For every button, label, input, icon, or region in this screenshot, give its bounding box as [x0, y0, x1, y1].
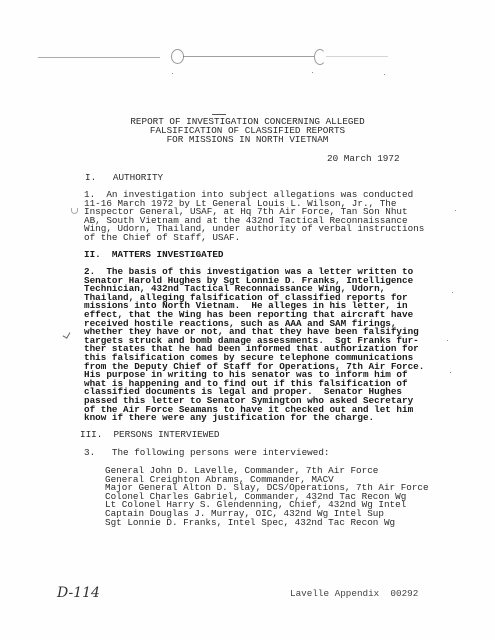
- paragraph-line: know if there were any justification for…: [84, 414, 424, 423]
- handwritten-page-mark: D-114: [57, 585, 100, 601]
- header-rule-left: [38, 57, 160, 58]
- bates-stamp: Lavelle Appendix 00292: [290, 590, 418, 599]
- section-heading-persons-interviewed: III. PERSONS INTERVIEWED: [80, 431, 219, 440]
- scan-speck: [452, 292, 453, 293]
- scan-speck: [172, 73, 173, 74]
- section-heading-matters-investigated: II. MATTERS INVESTIGATED: [84, 251, 223, 260]
- scan-speck: [447, 340, 448, 341]
- header-rule-right: [326, 56, 388, 57]
- report-title-line-3: FOR MISSIONS IN NORTH VIETNAM: [0, 136, 495, 145]
- scan-speck: [450, 372, 451, 373]
- margin-mark: [71, 208, 78, 214]
- scan-speck: [312, 72, 313, 73]
- document-page: REPORT OF INVESTIGATION CONCERNING ALLEG…: [0, 0, 495, 640]
- report-date: 20 March 1972: [327, 155, 400, 164]
- person-item: Sgt Lonnie D. Franks, Intel Spec, 432nd …: [105, 519, 429, 528]
- scan-speck: [384, 74, 385, 75]
- paragraph-line: of the Chief of Staff, USAF.: [84, 234, 424, 243]
- section-heading-authority: I. AUTHORITY: [85, 174, 163, 183]
- section-matters-body: 2. The basis of this investigation was a…: [84, 268, 424, 423]
- scan-speck: [455, 210, 456, 211]
- persons-list: General John D. Lavelle, Commander, 7th …: [105, 467, 429, 527]
- punch-hole-right: [314, 49, 326, 65]
- header-rule-middle: [183, 56, 315, 57]
- margin-checkmark: [63, 330, 71, 339]
- section-authority-body: 1. An investigation into subject allegat…: [84, 191, 424, 243]
- persons-intro: 3. The following persons were interviewe…: [84, 449, 329, 458]
- title-mark: [212, 114, 226, 115]
